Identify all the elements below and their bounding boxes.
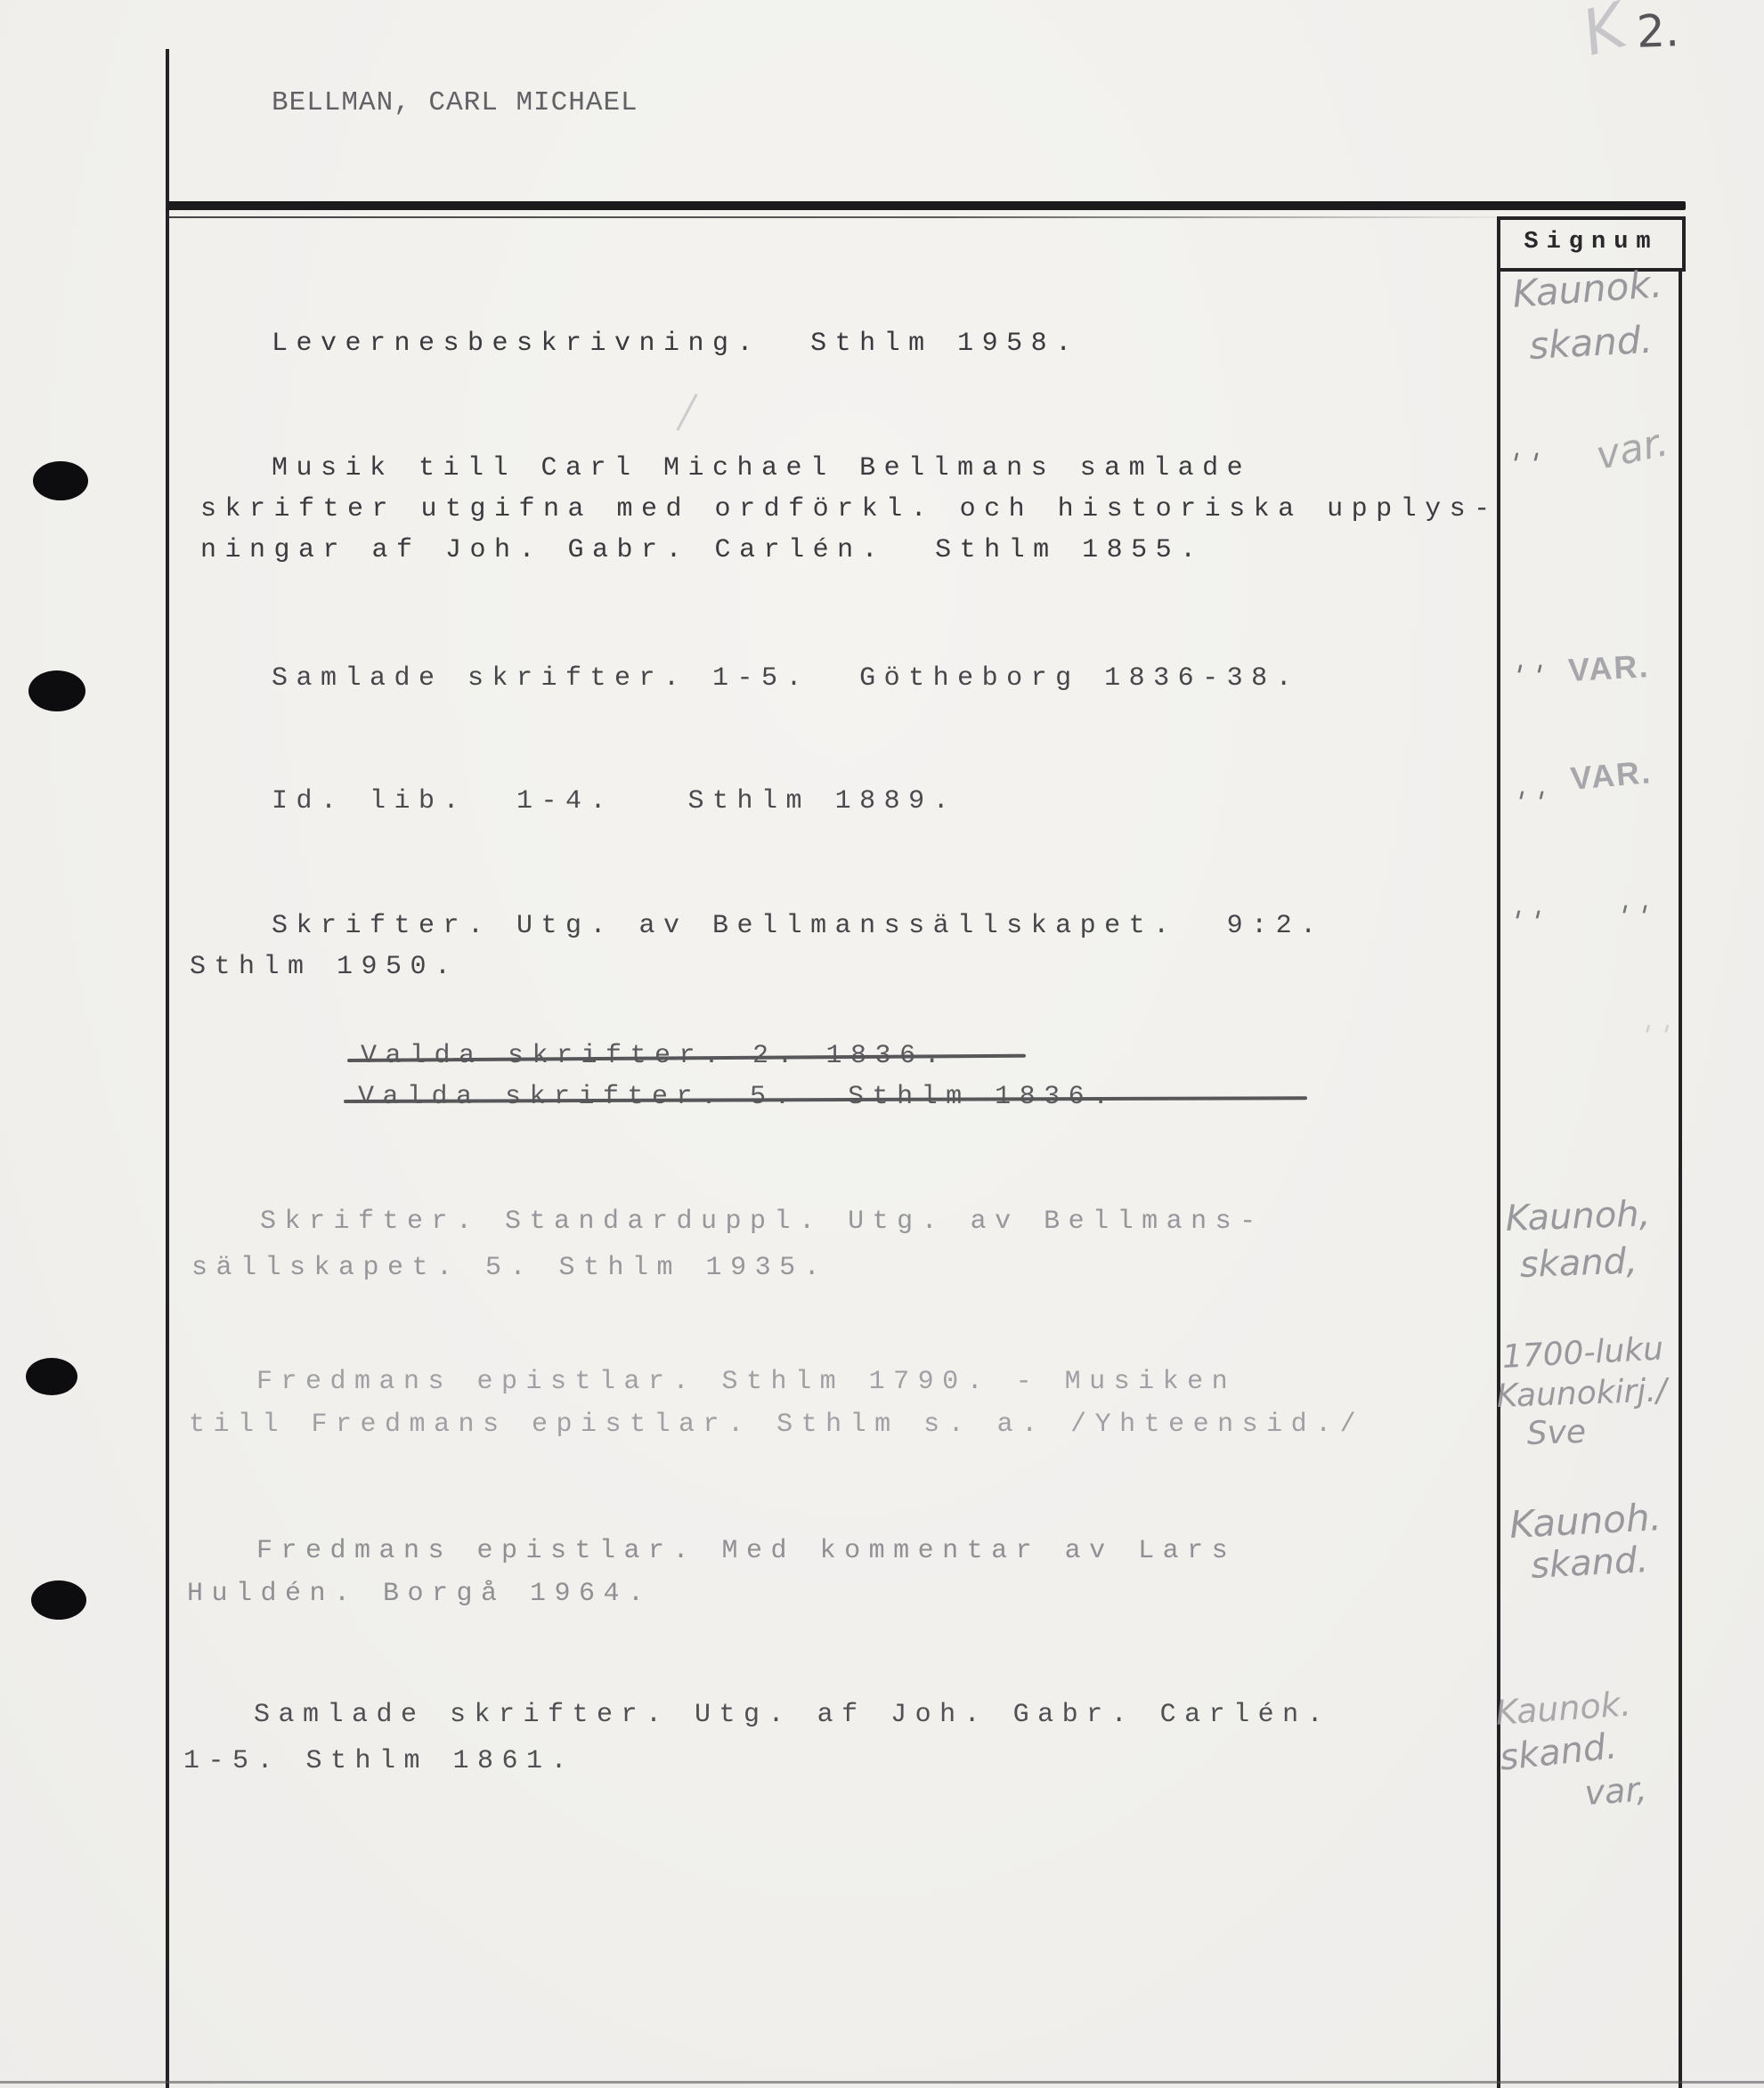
entry-4-line-1: Id. lib. 1-4. Sthlm 1889. xyxy=(272,785,957,817)
entry-10-line-1: Samlade skrifter. Utg. af Joh. Gabr. Car… xyxy=(254,1699,1331,1731)
entry-9-line-1: Fredmans epistlar. Med kommentar av Lars xyxy=(256,1535,1236,1567)
signum-ditto-mark: '' xyxy=(1634,1020,1679,1052)
signum-note: Kaunoh, xyxy=(1505,1193,1651,1239)
signum-note: VAR. xyxy=(1567,647,1650,689)
page-title: BELLMAN, CARL MICHAEL xyxy=(272,87,638,118)
entry-5-line-1: Skrifter. Utg. av Bellmanssällskapet. 9:… xyxy=(272,910,1325,942)
signum-note: skand. xyxy=(1498,1726,1619,1779)
signum-note: Kaunokirj./ xyxy=(1496,1372,1668,1415)
signum-note: Sve xyxy=(1526,1414,1587,1452)
signum-ditto-mark: '' xyxy=(1506,659,1554,693)
entry-2-line-2: skrifter utgifna med ordförkl. och histo… xyxy=(200,493,1499,525)
entry-1-line-1: Levernesbeskrivning. Sthlm 1958. xyxy=(272,328,1080,360)
signum-note: 1700-luku xyxy=(1501,1331,1664,1376)
entry-10-line-2: 1-5. Sthlm 1861. xyxy=(183,1745,575,1777)
entry-8-line-1: Fredmans epistlar. Sthlm 1790. - Musiken xyxy=(256,1366,1236,1398)
signum-note: Kaunok. xyxy=(1511,262,1663,316)
signum-ditto-mark: '' xyxy=(1508,785,1556,819)
punch-hole xyxy=(33,461,88,500)
entry-7-line-1: Skrifter. Standarduppl. Utg. av Bellmans… xyxy=(260,1206,1264,1238)
punch-hole xyxy=(26,1358,77,1395)
entry-7-line-2: sällskapet. 5. Sthlm 1935. xyxy=(191,1252,828,1284)
header-divider-thin xyxy=(167,216,1592,218)
entry-2-line-1: Musik till Carl Michael Bellmans samlade xyxy=(272,452,1251,484)
signum-note: VAR. xyxy=(1569,753,1654,798)
entry-9-line-2: Huldén. Borgå 1964. xyxy=(187,1578,653,1610)
left-margin-rule xyxy=(166,49,169,2088)
signum-note: skand. xyxy=(1530,1540,1649,1587)
corner-pencil-k: K xyxy=(1574,0,1634,70)
signum-note: Kaunoh. xyxy=(1508,1495,1662,1547)
corner-pencil-number: 2. xyxy=(1636,4,1680,58)
stray-pencil-mark xyxy=(676,394,697,431)
punch-hole xyxy=(28,670,85,711)
signum-note: skand, xyxy=(1519,1240,1638,1286)
signum-column-header: Signum xyxy=(1500,229,1682,256)
signum-note: var. xyxy=(1592,419,1672,479)
catalog-card-page: Signum BELLMAN, CARL MICHAEL K 2. Levern… xyxy=(0,0,1764,2088)
page-bottom-edge xyxy=(0,2081,1764,2084)
entry-8-line-2: till Fredmans epistlar. Sthlm s. a. /Yht… xyxy=(189,1409,1364,1441)
header-divider-thick xyxy=(167,201,1686,210)
entry-5-line-2: Sthlm 1950. xyxy=(190,951,459,983)
entry-3-line-1: Samlade skrifter. 1-5. Götheborg 1836-38… xyxy=(272,662,1300,695)
signum-note: skand. xyxy=(1528,318,1654,368)
signum-ditto-mark: '' xyxy=(1504,905,1552,938)
signum-column-left-border xyxy=(1497,268,1500,2088)
entry-2-line-3: ningar af Joh. Gabr. Carlén. Sthlm 1855. xyxy=(200,534,1205,566)
signum-column-right-border xyxy=(1679,268,1682,2088)
signum-ditto-mark: '' xyxy=(1611,899,1659,933)
punch-hole xyxy=(31,1580,86,1620)
signum-note: var, xyxy=(1583,1769,1648,1813)
signum-ditto-mark: '' xyxy=(1502,447,1550,481)
